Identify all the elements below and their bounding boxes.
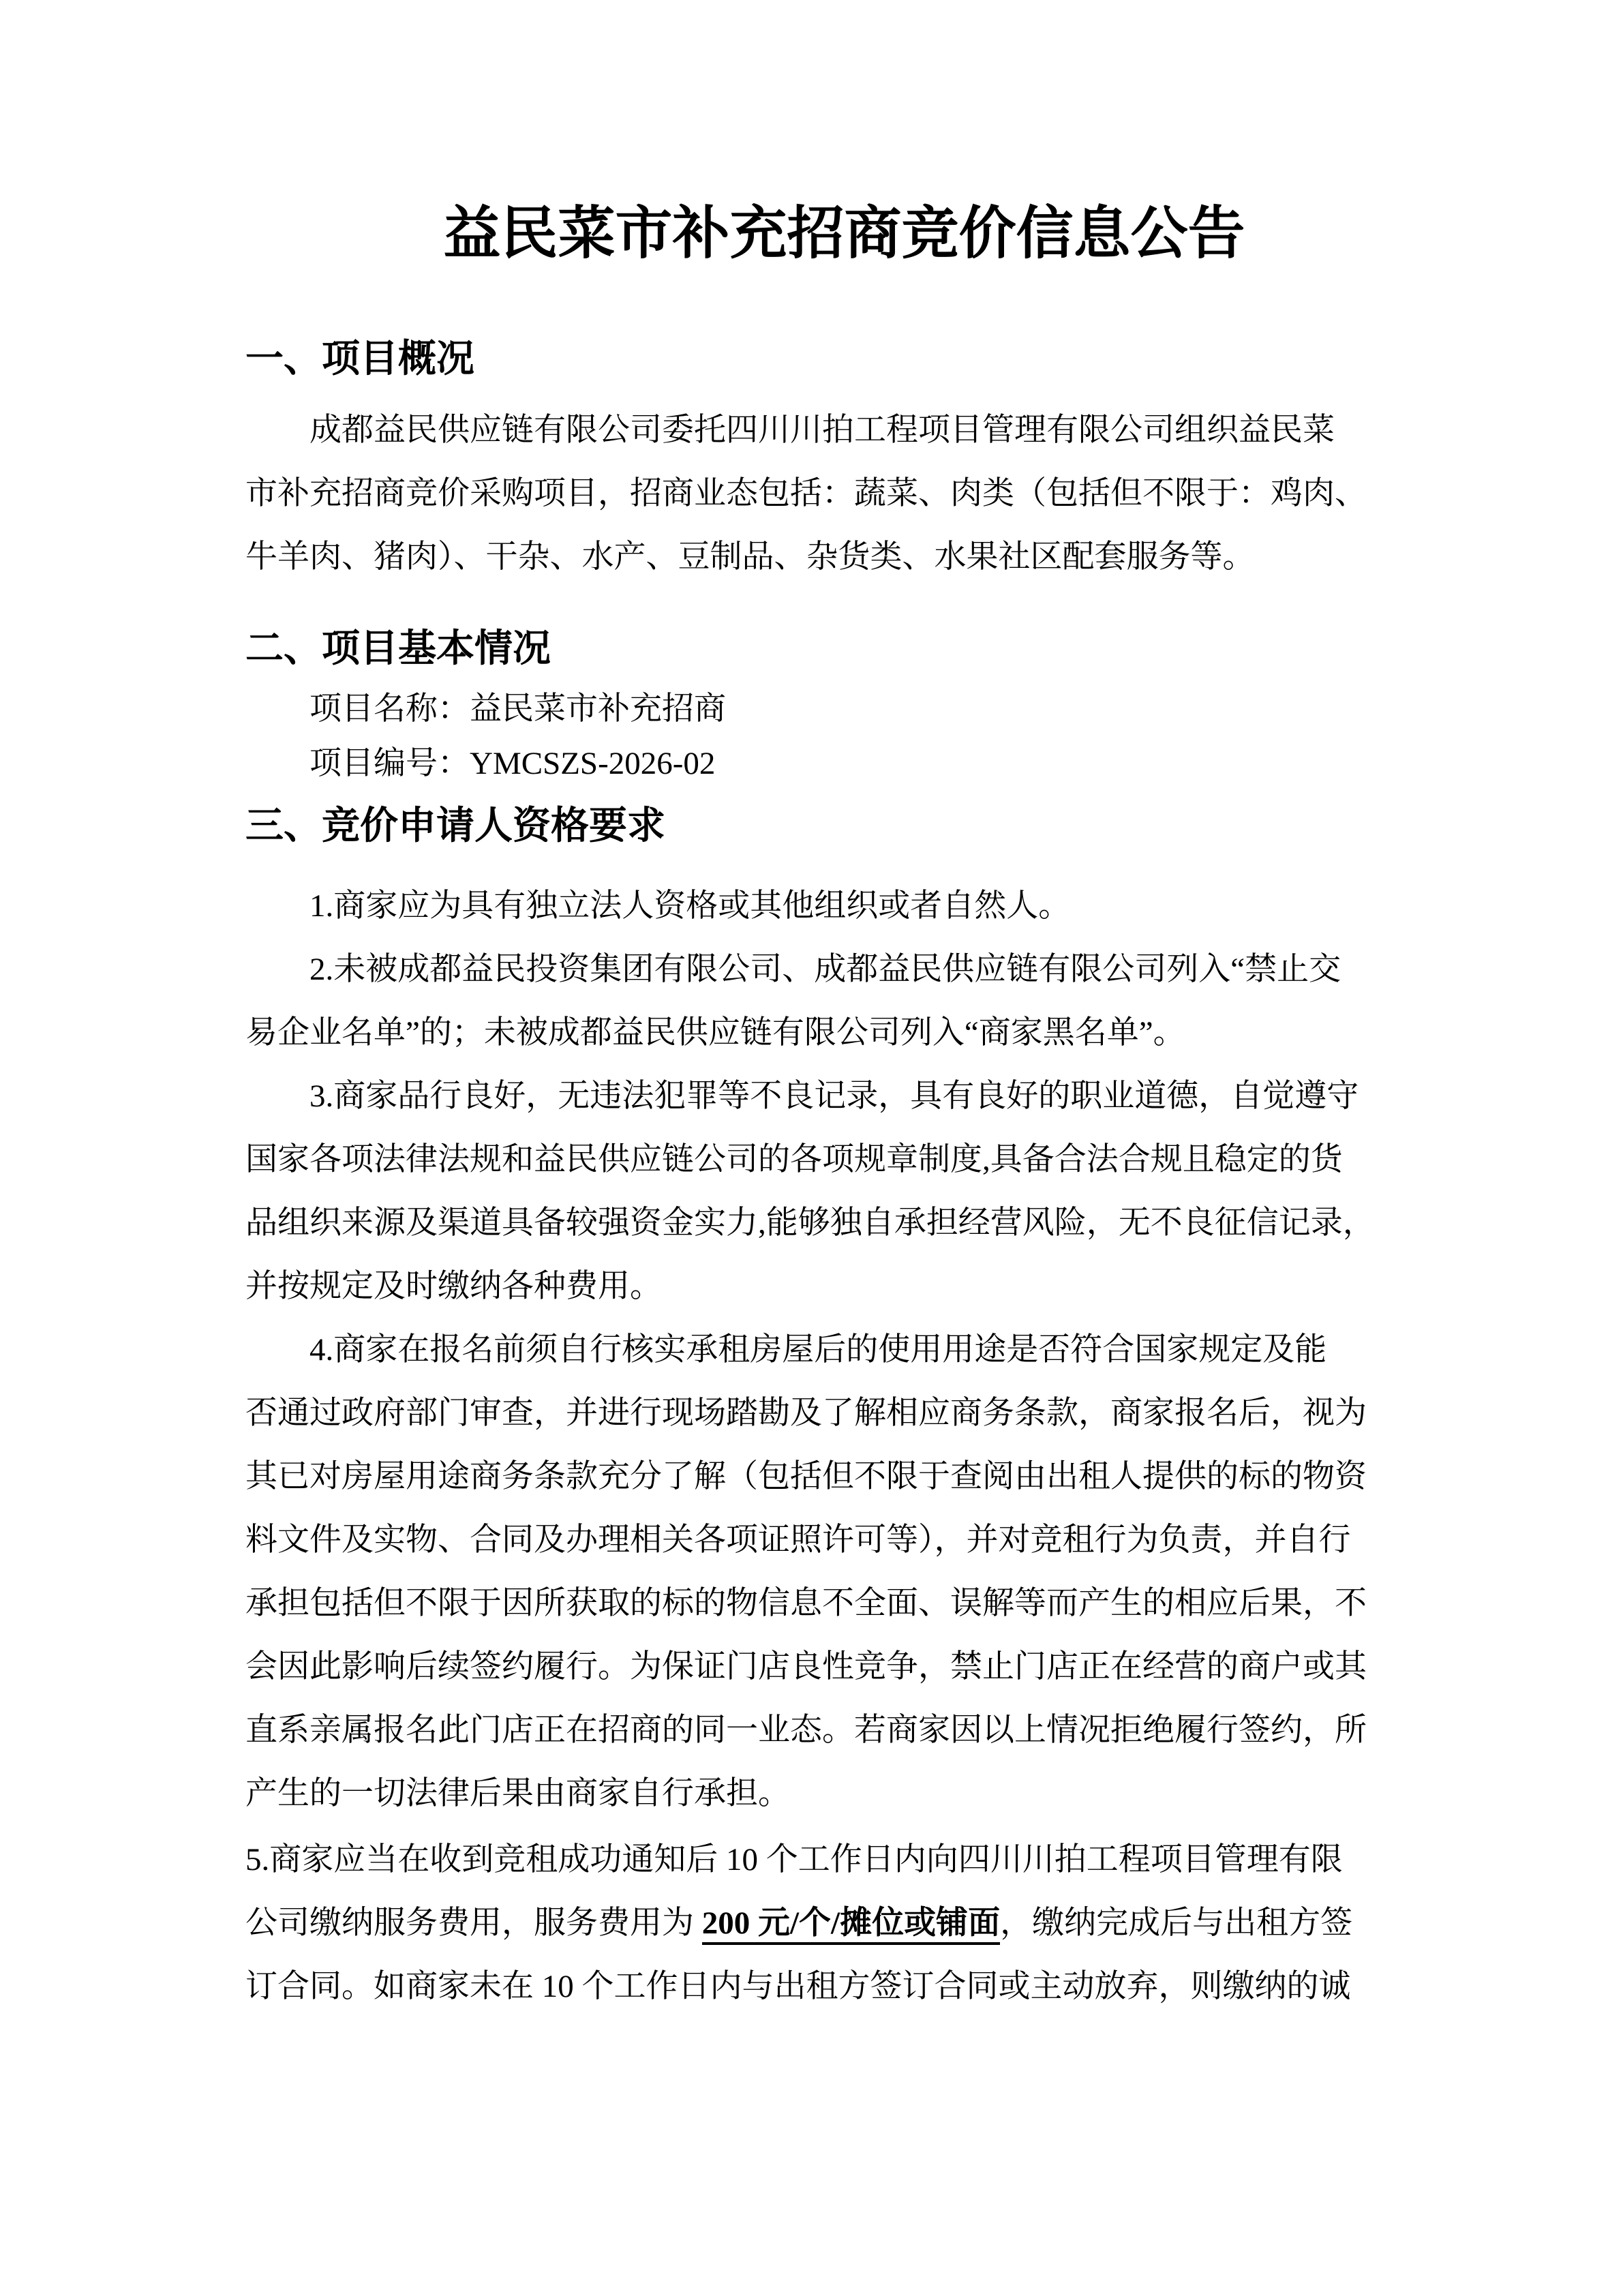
requirement-item-3: 3.商家品行良好，无违法犯罪等不良记录，具有良好的职业道德，自觉遵守 国家各项法… [245, 1065, 1378, 1318]
paragraph-line: 1.商家应为具有独立法人资格或其他组织或者自然人。 [245, 875, 1378, 938]
project-info: 项目名称：益民菜市补充招商 项目编号：YMCSZS-2026-02 [245, 682, 1378, 791]
document-page: 益民菜市补充招商竞价信息公告 一、项目概况 成都益民供应链有限公司委托四川川拍工… [0, 0, 1623, 2296]
paragraph-line: 直系亲属报名此门店正在招商的同一业态。若商家因以上情况拒绝履行签约，所 [245, 1699, 1378, 1762]
paragraph-line: 品组织来源及渠道具备较强资金实力,能够独自承担经营风险，无不良征信记录， [245, 1192, 1378, 1255]
paragraph-line: 成都益民供应链有限公司委托四川川拍工程项目管理有限公司组织益民菜 [245, 399, 1378, 462]
doc-title: 益民菜市补充招商竞价信息公告 [245, 197, 1378, 272]
paragraph-line-with-emphasis: 公司缴纳服务费用，服务费用为 200 元/个/摊位或铺面，缴纳完成后与出租方签 [245, 1892, 1378, 1955]
project-name-line: 项目名称：益民菜市补充招商 [245, 682, 1378, 736]
paragraph-line: 否通过政府部门审查，并进行现场踏勘及了解相应商务条款，商家报名后，视为 [245, 1382, 1378, 1445]
service-fee-emphasis: 200 元/个/摊位或铺面 [702, 1905, 1000, 1945]
paragraph-line: 易企业名单”的；未被成都益民供应链有限公司列入“商家黑名单”。 [245, 1001, 1378, 1065]
paragraph-line: 5.商家应当在收到竞租成功通知后 10 个工作日内向四川川拍工程项目管理有限 [245, 1828, 1378, 1892]
paragraph-line: 产生的一切法律后果由商家自行承担。 [245, 1762, 1378, 1826]
requirement-item-2: 2.未被成都益民投资集团有限公司、成都益民供应链有限公司列入“禁止交 易企业名单… [245, 938, 1378, 1065]
requirement-item-5: 5.商家应当在收到竞租成功通知后 10 个工作日内向四川川拍工程项目管理有限 公… [245, 1828, 1378, 2019]
paragraph-line: 料文件及实物、合同及办理相关各项证照许可等），并对竞租行为负责，并自行 [245, 1509, 1378, 1572]
paragraph-line: 牛羊肉、猪肉）、干杂、水产、豆制品、杂货类、水果社区配套服务等。 [245, 526, 1378, 589]
requirement-item-4: 4.商家在报名前须自行核实承租房屋后的使用用途是否符合国家规定及能 否通过政府部… [245, 1318, 1378, 1826]
paragraph-line: 市补充招商竞价采购项目，招商业态包括：蔬菜、肉类（包括但不限于：鸡肉、 [245, 462, 1378, 526]
paragraph-line: 2.未被成都益民投资集团有限公司、成都益民供应链有限公司列入“禁止交 [245, 938, 1378, 1001]
line-suffix-text: ，缴纳完成后与出租方签 [1000, 1905, 1352, 1941]
requirement-item-1: 1.商家应为具有独立法人资格或其他组织或者自然人。 [245, 875, 1378, 938]
section3-heading: 三、竞价申请人资格要求 [245, 802, 1378, 851]
paragraph-line: 国家各项法律法规和益民供应链公司的各项规章制度,具备合法合规且稳定的货 [245, 1128, 1378, 1192]
paragraph-line: 承担包括但不限于因所获取的标的物信息不全面、误解等而产生的相应后果，不 [245, 1572, 1378, 1635]
paragraph-line: 4.商家在报名前须自行核实承租房屋后的使用用途是否符合国家规定及能 [245, 1318, 1378, 1382]
line-prefix-text: 公司缴纳服务费用，服务费用为 [245, 1905, 702, 1941]
paragraph-line: 其已对房屋用途商务条款充分了解（包括但不限于查阅由出租人提供的标的物资 [245, 1445, 1378, 1509]
section1-paragraph: 成都益民供应链有限公司委托四川川拍工程项目管理有限公司组织益民菜 市补充招商竞价… [245, 399, 1378, 589]
section2-heading: 二、项目基本情况 [245, 624, 1378, 674]
project-number-line: 项目编号：YMCSZS-2026-02 [245, 736, 1378, 791]
paragraph-line: 3.商家品行良好，无违法犯罪等不良记录，具有良好的职业道德，自觉遵守 [245, 1065, 1378, 1128]
paragraph-line: 订合同。如商家未在 10 个工作日内与出租方签订合同或主动放弃，则缴纳的诚 [245, 1955, 1378, 2019]
paragraph-line: 并按规定及时缴纳各种费用。 [245, 1255, 1378, 1318]
paragraph-line: 会因此影响后续签约履行。为保证门店良性竞争，禁止门店正在经营的商户或其 [245, 1635, 1378, 1699]
section1-heading: 一、项目概况 [245, 335, 1378, 384]
